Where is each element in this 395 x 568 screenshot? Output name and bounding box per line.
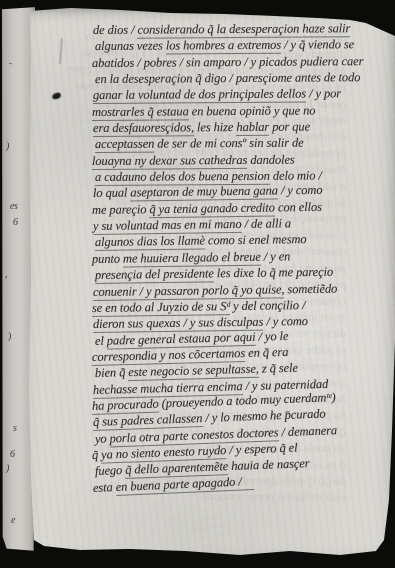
margin-ink-mark: 6 (10, 449, 15, 460)
text-segment: me pareçio (92, 202, 150, 217)
margin-ink-mark: ) (6, 463, 9, 474)
text-segment: en buena opiniõ y que no (189, 103, 316, 118)
text-segment: les dixe lo q̃ me pareçio (214, 265, 333, 281)
text-segment: en la desesperaçion q̃ digo / paresçiome… (95, 70, 360, 86)
margin-ink-mark: e (11, 515, 15, 526)
ink-smudge (59, 38, 63, 64)
manuscript-line: acceptassen de ser de mi consº sin salir… (95, 134, 395, 152)
text-segment: bien q̃ (95, 365, 129, 380)
facing-page-edge: -)es6,)s6)e (2, 6, 35, 553)
text-segment: delo mio / (270, 169, 322, 183)
text-segment: sometiẽdo (284, 281, 337, 296)
text-segment: / y por (306, 87, 341, 101)
text-segment: / y como (278, 183, 323, 198)
margin-ink-mark: s (13, 423, 16, 434)
underlined-text (241, 474, 254, 491)
underlined-text: acceptassen (95, 137, 154, 153)
folio-number: 161 (347, 2, 369, 20)
text-segment: yo (95, 431, 110, 446)
text-segment: como si enel mesmo (205, 233, 307, 248)
ink-blot (51, 92, 61, 100)
text-segment: / y espero q̃ el (226, 440, 298, 457)
text-segment: esta (93, 480, 116, 495)
margin-ink-mark: 6 (13, 217, 18, 228)
manuscript-page: de dios / considerando q̃ la desesperaçi… (0, 0, 395, 568)
manuscript-text: de dios / considerando q̃ la desesperaçi… (93, 22, 395, 496)
text-segment: z q̃ sele (259, 361, 298, 376)
text-segment: abatidos / pobres / sin amparo / y picad… (92, 54, 363, 70)
text-segment: / demanera (278, 423, 337, 439)
text-segment: algunas vezes (95, 39, 166, 53)
underlined-text: mostrarles q̃ estaua (92, 104, 189, 121)
text-segment: / y en (261, 249, 291, 263)
text-segment: / yo le (255, 328, 288, 343)
margin-ink-mark: , (5, 269, 7, 280)
text-segment: les hize (194, 120, 237, 134)
text-segment: por que (269, 120, 310, 134)
text-segment: de ser de mi consº sin salir de (154, 136, 303, 151)
text-segment: con ellos (275, 200, 322, 215)
underlined-text: en buena parte apagado / (115, 474, 242, 495)
margin-ink-mark: es (10, 201, 17, 212)
text-segment: en q̃ era (245, 345, 289, 360)
text-segment: el (95, 333, 107, 347)
text-segment: de dios / (93, 23, 138, 37)
text-segment: punto (92, 251, 123, 265)
text-segment: lo qual (93, 186, 131, 201)
text-segment: fuego (95, 463, 126, 478)
manuscript-line: algunas vezes los hombres a extremos / y… (95, 36, 395, 54)
underlined-text: hablar (236, 120, 269, 136)
text-segment: / de alli a (241, 216, 291, 231)
margin-ink-mark: - (8, 58, 13, 69)
text-segment: / y q̃ viendo se (281, 38, 354, 53)
text-segment: dandoles (247, 152, 294, 166)
text-segment: y del conçilio / (230, 298, 306, 313)
manuscript-line: ganar la voluntad de dos prinçipales del… (93, 85, 395, 103)
manuscript-photo: -)es6,)s6)e de dios / considerando q̃ la… (0, 0, 395, 568)
margin-ink-mark: ) (6, 141, 9, 152)
underlined-text: presençia del presidente (95, 266, 214, 284)
margin-ink-mark: ) (7, 331, 11, 342)
underlined-text: los hombres a extremos (166, 38, 281, 55)
